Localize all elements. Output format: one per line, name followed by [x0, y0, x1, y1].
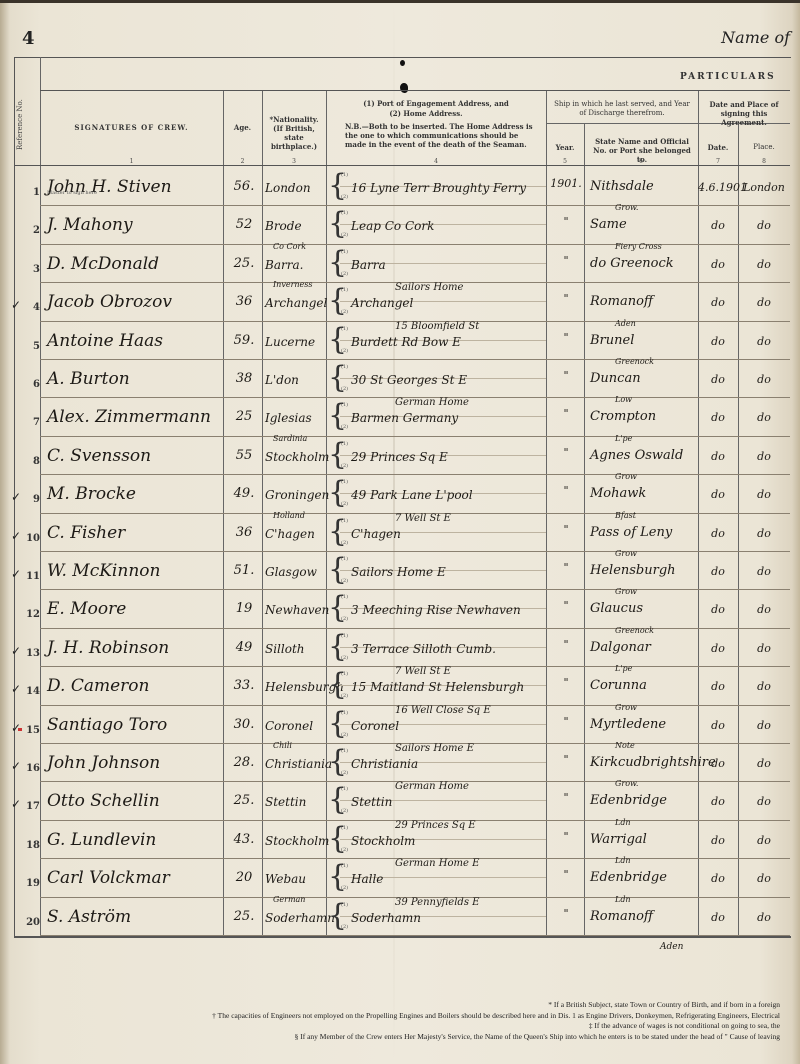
column-number: 6	[584, 158, 698, 165]
crew-row: ✓ 13 J. H. Robinson 49 Silloth { (1) (2)…	[15, 628, 790, 666]
crew-row: ✓ 18 G. Lundlevin 43. Stockholm { (1) (2…	[15, 820, 790, 858]
agreement-place: do	[738, 488, 790, 501]
address-engagement: German Home	[395, 397, 469, 408]
agreement-date: do	[698, 565, 738, 578]
crew-row: ✓ 3 D. McDonald 25. Co Cork Barra. { (1)…	[15, 244, 790, 282]
age: 28.	[225, 755, 263, 770]
address-engagement: Sailors Home	[395, 282, 463, 293]
agreement-place: do	[738, 795, 790, 808]
address-line-1-label: (1)	[341, 518, 348, 524]
agreement-date: do	[698, 219, 738, 232]
age: 36	[225, 294, 263, 309]
address-line-2-label: (2)	[341, 885, 348, 891]
footnote: † The capacities of Engineers not employ…	[0, 1011, 780, 1022]
column-number: 7	[698, 158, 738, 165]
crew-row: ✓ 8 C. Svensson 55 Sardinia Stockholm { …	[15, 436, 790, 474]
last-ship: Edenbridge	[590, 870, 667, 885]
year-of-discharge: "	[547, 868, 585, 881]
address-home: Halle	[351, 872, 383, 886]
nationality: Archangel	[265, 296, 327, 310]
nationality: L'don	[265, 373, 299, 387]
year-of-discharge: "	[547, 407, 585, 420]
last-ship: Brunel	[590, 333, 634, 348]
year-of-discharge: "	[547, 599, 585, 612]
last-ship: Corunna	[590, 678, 647, 693]
header-address-1: (1) Port of Engagement Address, and	[326, 99, 546, 108]
agreement-place: do	[738, 603, 790, 616]
address-line-2-label: (2)	[341, 463, 348, 469]
year-of-discharge: "	[547, 369, 585, 382]
ref-number: 16	[15, 763, 40, 774]
page-top-edge	[0, 0, 800, 3]
ship-port-note: L'pe	[615, 664, 632, 673]
address-home: Archangel	[351, 296, 413, 310]
ref-number: 6	[15, 379, 40, 390]
ship-port-note: Grow.	[615, 203, 638, 212]
ship-port-note: Ldn	[615, 895, 631, 904]
agreement-place: do	[738, 834, 790, 847]
agreement-place: do	[738, 296, 790, 309]
crew-signature: John Johnson	[47, 753, 160, 773]
year-of-discharge: "	[547, 561, 585, 574]
ref-number: 14	[15, 686, 40, 697]
address-line-1-label: (1)	[341, 441, 348, 447]
nationality-note: German	[273, 895, 305, 904]
last-ship: Romanoff	[590, 909, 653, 924]
address-home: 29 Princes Sq E	[351, 450, 448, 464]
year-of-discharge: "	[547, 638, 585, 651]
crew-row: ✓ 11 W. McKinnon 51. Glasgow { (1) (2) S…	[15, 551, 790, 589]
agreement-place: do	[738, 373, 790, 386]
address-line-2-label: (2)	[341, 578, 348, 584]
agreement-date: do	[698, 757, 738, 770]
footnote: § If any Member of the Crew enters Her M…	[0, 1032, 780, 1043]
crew-signature: M. Brocke	[47, 484, 136, 504]
address-engagement: 15 Bloomfield St	[395, 321, 479, 332]
agreement-date: do	[698, 834, 738, 847]
crew-signature: Santiago Toro	[47, 715, 167, 735]
nationality: Stockholm	[265, 450, 329, 464]
agreement-place: do	[738, 642, 790, 655]
agreement-place: do	[738, 450, 790, 463]
nationality-note: Co Cork	[273, 242, 306, 251]
ref-number: 8	[15, 456, 40, 467]
agreement-date: do	[698, 527, 738, 540]
address-line-1-label: (1)	[341, 479, 348, 485]
address-home: Barmen Germany	[351, 411, 458, 425]
last-ship: Edenbridge	[590, 793, 667, 808]
last-ship: Kirkcudbrightshire	[590, 755, 716, 770]
age: 30.	[225, 717, 263, 732]
ship-port-note: Low	[615, 395, 632, 404]
address-line-2-label: (2)	[341, 232, 348, 238]
crew-agreement-page: 4 Name of PARTICULARS Reference No. SIGN…	[0, 0, 800, 1064]
year-of-discharge: "	[547, 791, 585, 804]
crew-row: ✓ 17 Otto Schellin 25. Stettin { (1) (2)…	[15, 781, 790, 819]
address-line-1-label: (1)	[341, 364, 348, 370]
crew-row: ✓ 16 John Johnson 28. Chili Christiania …	[15, 743, 790, 781]
last-ship: Duncan	[590, 371, 641, 386]
address-line-1-label: (1)	[341, 825, 348, 831]
header-year: Year.	[546, 143, 584, 152]
last-ship: Warrigal	[590, 832, 647, 847]
address-line-1-label: (1)	[341, 287, 348, 293]
address-line-2-label: (2)	[341, 348, 348, 354]
agreement-date: do	[698, 411, 738, 424]
address-line-2-label: (2)	[341, 309, 348, 315]
address-line-1-label: (1)	[341, 786, 348, 792]
age: 25.	[225, 256, 263, 271]
age: 19	[225, 601, 263, 616]
crew-signature: Alex. Zimmermann	[47, 407, 211, 427]
master-sign-label: Master to sign here	[47, 190, 97, 196]
address-engagement: 16 Well Close Sq E	[395, 705, 491, 716]
nationality: Glasgow	[265, 565, 317, 579]
agreement-place: do	[738, 565, 790, 578]
ship-port-note: Ldn	[615, 818, 631, 827]
ref-number: 2	[15, 225, 40, 236]
address-line-1-label: (1)	[341, 710, 348, 716]
year-of-discharge: "	[547, 331, 585, 344]
agreement-date: do	[698, 719, 738, 732]
crew-row: ✓ 6 A. Burton 38 L'don { (1) (2) 30 St G…	[15, 359, 790, 397]
crew-row: ✓ 9 M. Brocke 49. Groningen { (1) (2) 49…	[15, 474, 790, 512]
agreement-date: do	[698, 450, 738, 463]
header-last-ship: Ship in which he last served, and Year o…	[550, 100, 694, 118]
age: 51.	[225, 563, 263, 578]
last-ship: do Greenock	[590, 256, 674, 271]
address-line-1-label: (1)	[341, 556, 348, 562]
row-divider	[40, 935, 790, 936]
ref-number: 7	[15, 417, 40, 428]
age: 36	[225, 525, 263, 540]
address-line-1-label: (1)	[341, 748, 348, 754]
footnotes: * If a British Subject, state Town or Co…	[0, 1000, 780, 1042]
address-line-1-label: (1)	[341, 326, 348, 332]
agreement-date: do	[698, 911, 738, 924]
header-place: Place.	[738, 143, 790, 152]
ship-port-note: Note	[615, 741, 635, 750]
agreement-place: do	[738, 911, 790, 924]
agreement-date: do	[698, 258, 738, 271]
address-home: 3 Terrace Silloth Cumb.	[351, 642, 496, 656]
column-number: 8	[738, 158, 790, 165]
address-home: Barra	[351, 258, 386, 272]
address-line-1-label: (1)	[341, 594, 348, 600]
address-line-2-label: (2)	[341, 655, 348, 661]
last-ship: Same	[590, 217, 627, 232]
ship-port-note: Grow	[615, 549, 637, 558]
address-home: 3 Meeching Rise Newhaven	[351, 603, 521, 617]
crew-row: ✓ 5 Antoine Haas 59. Lucerne { (1) (2) 1…	[15, 321, 790, 359]
year-of-discharge: "	[547, 254, 585, 267]
address-line-2-label: (2)	[341, 194, 348, 200]
address-line-2-label: (2)	[341, 501, 348, 507]
crew-row: ✓ 19 Carl Volckmar 20 Webau { (1) (2) Ge…	[15, 858, 790, 896]
last-ship: Dalgonar	[590, 640, 651, 655]
age: 38	[225, 371, 263, 386]
header-address-note: N.B.—Both to be inserted. The Home Addre…	[345, 122, 540, 149]
ship-port-note: Greenock	[615, 626, 654, 635]
crew-signature: E. Moore	[47, 599, 126, 619]
address-line-1-label: (1)	[341, 863, 348, 869]
nationality: Iglesias	[265, 411, 312, 425]
ref-number: 9	[15, 494, 40, 505]
age: 52	[225, 217, 263, 232]
crew-signature: Otto Schellin	[47, 791, 160, 811]
address-line-2-label: (2)	[341, 732, 348, 738]
agreement-date: do	[698, 373, 738, 386]
nationality-note: Sardinia	[273, 434, 307, 443]
ship-port-note: L'pe	[615, 434, 632, 443]
crew-signature: Antoine Haas	[47, 331, 163, 351]
address-home: 16 Lyne Terr Broughty Ferry	[351, 181, 526, 195]
agreement-place: do	[738, 335, 790, 348]
address-line-1-label: (1)	[341, 249, 348, 255]
year-of-discharge: "	[547, 753, 585, 766]
age: 49.	[225, 486, 263, 501]
header-age: Age.	[223, 123, 262, 132]
agreement-date: do	[698, 335, 738, 348]
page-heading-right: Name of	[721, 28, 790, 47]
nationality: Webau	[265, 872, 306, 886]
column-number: 2	[223, 158, 262, 165]
divider	[40, 90, 790, 91]
address-line-2-label: (2)	[341, 693, 348, 699]
header-agreement: Date and Place of signing this Agreement…	[700, 100, 788, 127]
address-home: Christiania	[351, 757, 418, 771]
ship-port-note: Ldn	[615, 856, 631, 865]
agreement-place: do	[738, 258, 790, 271]
agreement-date: do	[698, 603, 738, 616]
address-home: Coronel	[351, 719, 399, 733]
address-line-2-label: (2)	[341, 271, 348, 277]
address-engagement: 29 Princes Sq E	[395, 820, 476, 831]
ship-port-note: Grow	[615, 472, 637, 481]
year-of-discharge: "	[547, 215, 585, 228]
ship-port-note: Grow	[615, 587, 637, 596]
year-of-discharge: "	[547, 676, 585, 689]
address-home: Burdett Rd Bow E	[351, 335, 461, 349]
crew-signature: C. Fisher	[47, 523, 125, 543]
column-number: 3	[262, 158, 326, 165]
age: 56.	[225, 179, 263, 194]
crew-signature: Carl Volckmar	[47, 868, 170, 888]
ref-number: 19	[15, 878, 40, 889]
header-ref-no: Reference No.	[16, 95, 38, 155]
address-line-2-label: (2)	[341, 540, 348, 546]
last-ship: Helensburgh	[590, 563, 676, 578]
agreement-date: do	[698, 872, 738, 885]
address-engagement: 7 Well St E	[395, 513, 451, 524]
address-line-2-label: (2)	[341, 847, 348, 853]
address-home: Stockholm	[351, 834, 415, 848]
address-line-2-label: (2)	[341, 808, 348, 814]
trailing-note: Aden	[660, 942, 683, 952]
footnote: ‡ If the advance of wages is not conditi…	[0, 1021, 780, 1032]
address-home: Soderhamn	[351, 911, 421, 925]
ref-number: 4	[15, 302, 40, 313]
nationality: Groningen	[265, 488, 329, 502]
crew-signature: D. McDonald	[47, 254, 159, 274]
last-ship: Crompton	[590, 409, 656, 424]
address-engagement: German Home E	[395, 858, 479, 869]
crew-row: ✓ 4 Jacob Obrozov 36 Inverness Archangel…	[15, 282, 790, 320]
agreement-place: do	[738, 719, 790, 732]
header-address-2: (2) Home Address.	[326, 109, 526, 118]
ship-port-note: Grow.	[615, 779, 638, 788]
nationality: C'hagen	[265, 527, 315, 541]
address-line-2-label: (2)	[341, 924, 348, 930]
agreement-place: do	[738, 527, 790, 540]
address-line-2-label: (2)	[341, 616, 348, 622]
agreement-date: do	[698, 795, 738, 808]
agreement-place: do	[738, 219, 790, 232]
nationality: Stockholm	[265, 834, 329, 848]
ref-number: 17	[15, 801, 40, 812]
red-mark	[18, 728, 22, 731]
address-line-1-label: (1)	[341, 902, 348, 908]
age: 20	[225, 870, 263, 885]
address-line-2-label: (2)	[341, 770, 348, 776]
address-home: Stettin	[351, 795, 392, 809]
header-date: Date.	[698, 143, 738, 152]
crew-signature: Jacob Obrozov	[47, 292, 172, 312]
year-of-discharge: "	[547, 523, 585, 536]
agreement-date: do	[698, 296, 738, 309]
ship-port-note: Fiery Cross	[615, 242, 662, 251]
agreement-place: London	[738, 181, 790, 194]
agreement-place: do	[738, 411, 790, 424]
last-ship: Glaucus	[590, 601, 643, 616]
crew-signature: J. Mahony	[47, 215, 133, 235]
agreement-date: 4.6.1901	[698, 181, 738, 194]
address-engagement: 7 Well St E	[395, 666, 451, 677]
ship-port-note: Greenock	[615, 357, 654, 366]
last-ship: Myrtledene	[590, 717, 666, 732]
address-home: 30 St Georges St E	[351, 373, 467, 387]
nationality: Soderhamn	[265, 911, 335, 925]
year-of-discharge: 1901.	[547, 177, 585, 190]
age: 43.	[225, 832, 263, 847]
divider	[15, 165, 790, 166]
agreement-place: do	[738, 757, 790, 770]
address-home: 15 Maitland St Helensburgh	[351, 680, 524, 694]
crew-row: ✓ 7 Alex. Zimmermann 25 Iglesias { (1) (…	[15, 397, 790, 435]
crew-row: ✓ 15 Santiago Toro 30. Coronel { (1) (2)…	[15, 705, 790, 743]
nationality: Coronel	[265, 719, 313, 733]
age: 25.	[225, 909, 263, 924]
year-of-discharge: "	[547, 715, 585, 728]
ship-port-note: Bfast	[615, 511, 636, 520]
column-number: 4	[326, 158, 546, 165]
crew-signature: J. H. Robinson	[47, 638, 169, 658]
nationality: London	[265, 181, 311, 195]
nationality: Stettin	[265, 795, 306, 809]
ref-number: 11	[15, 571, 40, 582]
page-number: 4	[22, 28, 35, 49]
age: 25.	[225, 793, 263, 808]
crew-row: ✓ 1 John H. Stiven 56. London { (1) (2) …	[15, 167, 790, 205]
footnote: * If a British Subject, state Town or Co…	[0, 1000, 780, 1011]
agreement-date: do	[698, 488, 738, 501]
crew-row: ✓ 10 C. Fisher 36 Holland C'hagen { (1) …	[15, 513, 790, 551]
address-engagement: 39 Pennyfields E	[395, 897, 479, 908]
agreement-date: do	[698, 680, 738, 693]
nationality: Newhaven	[265, 603, 329, 617]
last-ship: Agnes Oswald	[590, 448, 683, 463]
ref-number: 1	[15, 187, 40, 198]
age: 25	[225, 409, 263, 424]
last-ship: Mohawk	[590, 486, 646, 501]
address-home: Leap Co Cork	[351, 219, 434, 233]
ref-number: 12	[15, 609, 40, 620]
nationality-note: Inverness	[273, 280, 313, 289]
year-of-discharge: "	[547, 484, 585, 497]
age: 49	[225, 640, 263, 655]
ship-port-note: Grow	[615, 703, 637, 712]
header-signatures: SIGNATURES OF CREW.	[40, 123, 223, 132]
nationality-note: Holland	[273, 511, 305, 520]
nationality: Christiania	[265, 757, 332, 771]
nationality-note: Chili	[273, 741, 292, 750]
last-ship: Romanoff	[590, 294, 653, 309]
age: 55	[225, 448, 263, 463]
address-line-1-label: (1)	[341, 402, 348, 408]
nationality: Barra.	[265, 258, 303, 272]
nationality: Silloth	[265, 642, 305, 656]
address-engagement: German Home	[395, 781, 469, 792]
address-line-1-label: (1)	[341, 172, 348, 178]
address-home: C'hagen	[351, 527, 401, 541]
agreement-date: do	[698, 642, 738, 655]
year-of-discharge: "	[547, 907, 585, 920]
address-line-1-label: (1)	[341, 633, 348, 639]
crew-row: ✓ 2 J. Mahony 52 Brode { (1) (2) Leap Co…	[15, 205, 790, 243]
nationality: Lucerne	[265, 335, 315, 349]
crew-signature: W. McKinnon	[47, 561, 160, 581]
address-home: Sailors Home E	[351, 565, 446, 579]
nationality: Brode	[265, 219, 302, 233]
ref-number: 5	[15, 341, 40, 352]
address-home: 49 Park Lane L'pool	[351, 488, 473, 502]
address-line-1-label: (1)	[341, 210, 348, 216]
crew-signature: A. Burton	[47, 369, 130, 389]
crew-row: ✓ 20 S. Aström 25. German Soderhamn { (1…	[15, 897, 790, 935]
ref-number: 18	[15, 840, 40, 851]
last-ship: Pass of Leny	[590, 525, 672, 540]
crew-row: ✓ 14 D. Cameron 33. Helensburgh { (1) (2…	[15, 666, 790, 704]
ref-number: 20	[15, 917, 40, 928]
crew-signature: G. Lundlevin	[47, 830, 156, 850]
crew-signature: S. Aström	[47, 907, 131, 927]
crew-signature: D. Cameron	[47, 676, 149, 696]
last-ship: Nithsdale	[590, 179, 654, 194]
ship-port-note: Aden	[615, 319, 636, 328]
age: 33.	[225, 678, 263, 693]
ref-number: 3	[15, 264, 40, 275]
year-of-discharge: "	[547, 446, 585, 459]
header-nationality: *Nationality. (If British, state birthpl…	[265, 115, 323, 151]
crew-signature: C. Svensson	[47, 446, 151, 466]
address-engagement: Sailors Home E	[395, 743, 474, 754]
crew-row: ✓ 12 E. Moore 19 Newhaven { (1) (2) 3 Me…	[15, 589, 790, 627]
ref-number: 10	[15, 533, 40, 544]
year-of-discharge: "	[547, 830, 585, 843]
address-line-1-label: (1)	[341, 671, 348, 677]
ref-number: 13	[15, 648, 40, 659]
agreement-place: do	[738, 872, 790, 885]
